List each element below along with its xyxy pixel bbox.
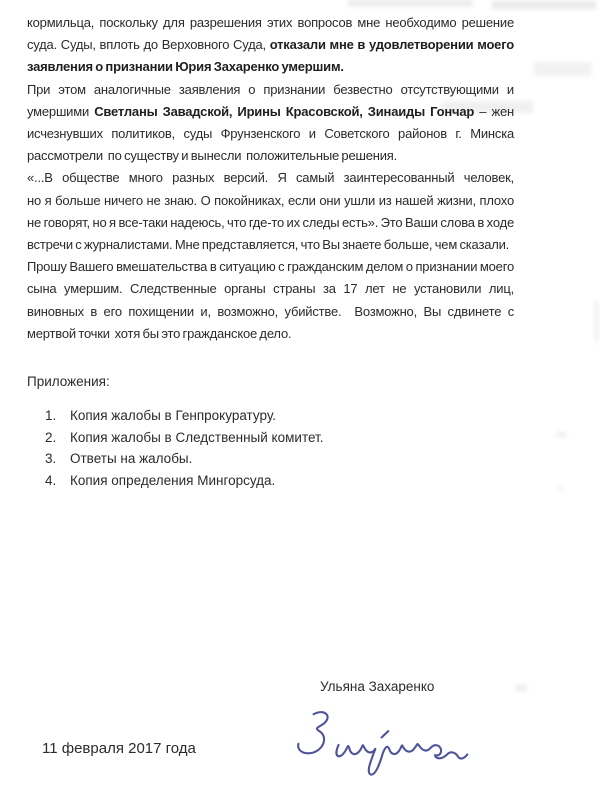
list-item-number: 2. <box>45 427 70 449</box>
list-item-text: Копия определения Мингорсуда. <box>70 473 275 488</box>
handwritten-signature <box>285 700 482 797</box>
list-item-number: 4. <box>45 470 70 492</box>
list-item: 4.Копия определения Мингорсуда. <box>45 470 323 492</box>
list-item-text: Копия жалобы в Следственный комитет. <box>70 430 323 445</box>
text-line: рассмотрели по существу и вынесли положи… <box>27 145 514 167</box>
list-item-number: 1. <box>45 405 70 427</box>
paragraph: «...В обществе много разных версий. Я са… <box>27 167 514 256</box>
text-line: виновных в его похищении и, возможно, уб… <box>27 301 514 323</box>
list-item-text: Ответы на жалобы. <box>70 451 192 466</box>
list-item-number: 3. <box>45 448 70 470</box>
scan-artifact <box>558 487 564 491</box>
scan-artifact <box>348 0 473 6</box>
text-line: заявления о признании Юрия Захаренко уме… <box>27 56 514 78</box>
text-line: «...В обществе много разных версий. Я са… <box>27 167 514 189</box>
text-line: но я больше ничего не знаю. О покойниках… <box>27 190 514 212</box>
paragraph: Прошу Вашего вмешательства в ситуацию с … <box>27 256 514 345</box>
scan-artifact <box>556 432 566 437</box>
text-line: сына умершим. Следственные органы страны… <box>27 278 514 300</box>
text-line: мертвой точки хотя бы это гражданское де… <box>27 323 514 345</box>
text-line: кормильца, поскольку для разрешения этих… <box>27 12 514 34</box>
text-line: При этом аналогичные заявления о признан… <box>27 79 514 101</box>
text-line: не говорят, но я все-таки надеюсь, что г… <box>27 212 514 234</box>
attachments-list: 1.Копия жалобы в Генпрокуратуру.2.Копия … <box>45 405 323 492</box>
signature-stroke <box>296 710 470 784</box>
text-line: суда. Суды, вплоть до Верховного Суда, о… <box>27 34 514 56</box>
attachments-heading: Приложения: <box>27 374 110 389</box>
letter-date: 11 февраля 2017 года <box>42 740 196 757</box>
scan-artifact <box>534 62 592 76</box>
list-item: 1.Копия жалобы в Генпрокуратуру. <box>45 405 323 427</box>
text-line: встречи с журналистами. Мне представляет… <box>27 234 514 256</box>
list-item: 3.Ответы на жалобы. <box>45 448 323 470</box>
text-line: умершими Светланы Завадской, Ирины Красо… <box>27 101 514 123</box>
scanned-letter-page: кормильца, поскольку для разрешения этих… <box>0 0 600 801</box>
paragraph: При этом аналогичные заявления о признан… <box>27 79 514 168</box>
paragraph: кормильца, поскольку для разрешения этих… <box>27 12 514 79</box>
text-line: исчезнувших политиков, суды Фрунзенского… <box>27 123 514 145</box>
list-item: 2.Копия жалобы в Следственный комитет. <box>45 427 323 449</box>
text-line: Прошу Вашего вмешательства в ситуацию с … <box>27 256 514 278</box>
letter-body: кормильца, поскольку для разрешения этих… <box>27 12 514 345</box>
signatory-name: Ульяна Захаренко <box>320 679 434 694</box>
scan-artifact <box>595 300 598 342</box>
list-item-text: Копия жалобы в Генпрокуратуру. <box>70 408 276 423</box>
scan-artifact <box>492 1 596 9</box>
scan-artifact <box>515 685 527 691</box>
